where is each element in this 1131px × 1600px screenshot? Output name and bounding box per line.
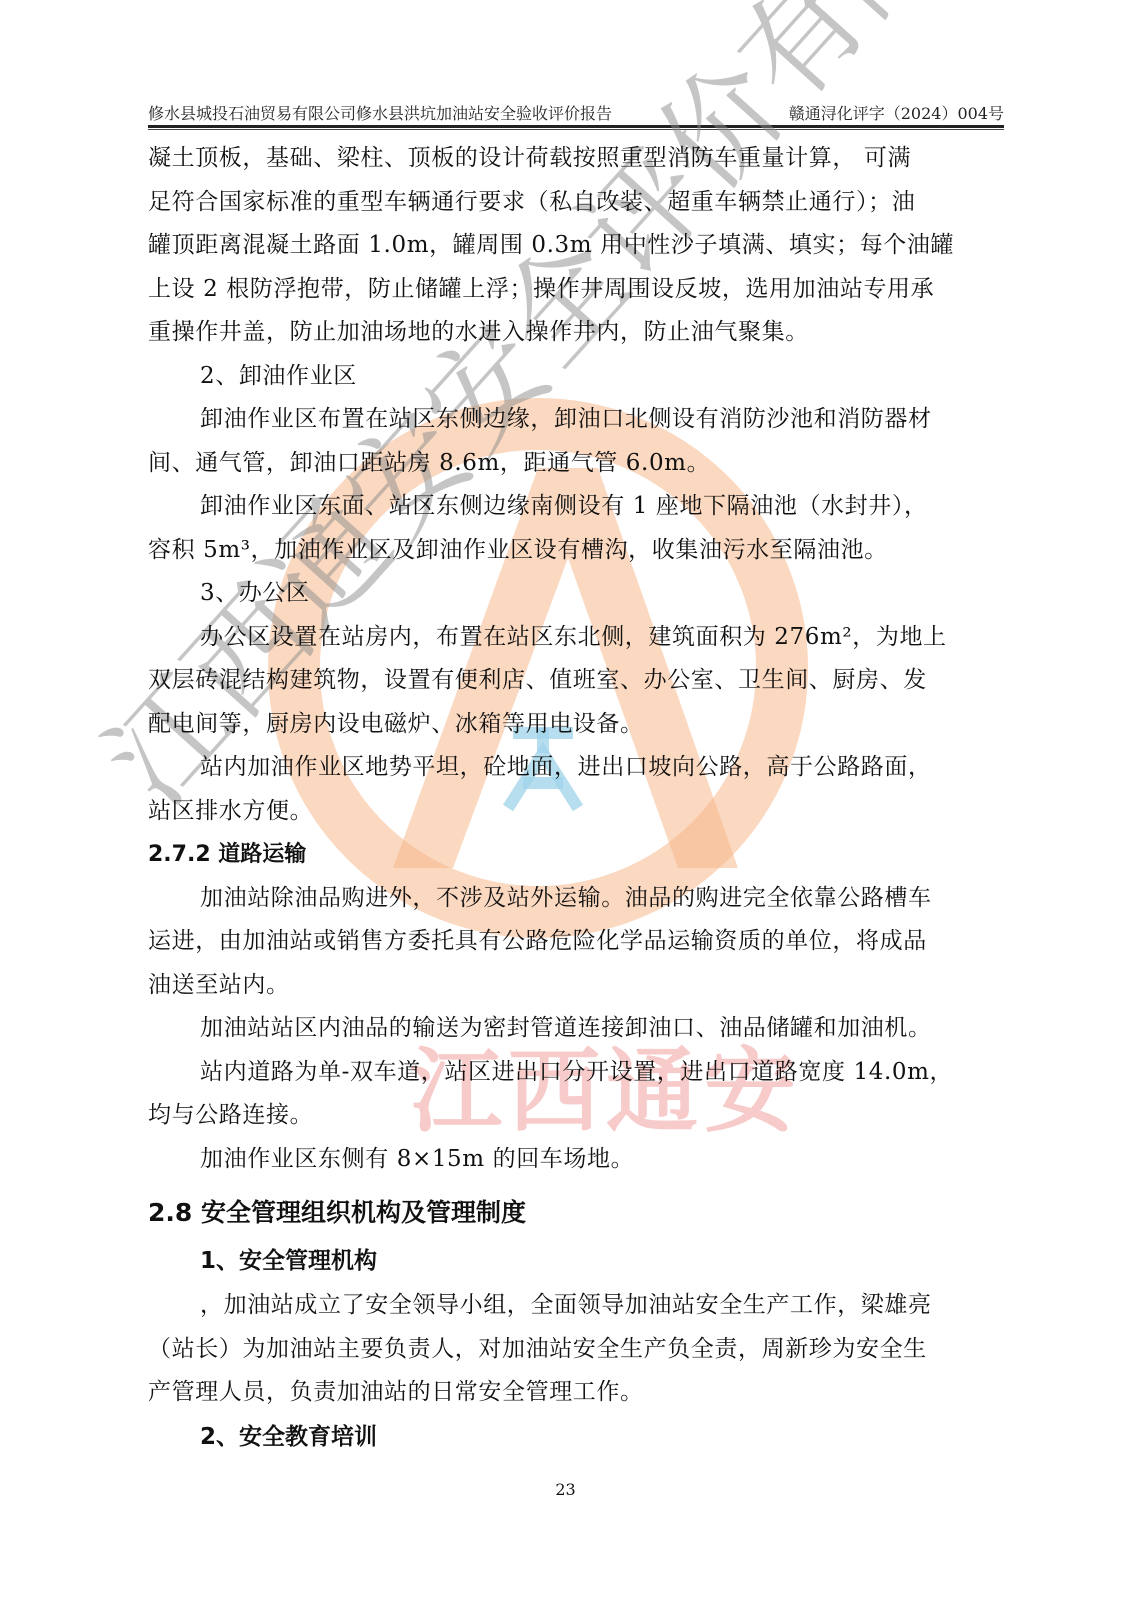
paragraph-line: 加油站站区内油品的输送为密封管道连接卸油口、油品储罐和加油机。 [148,1007,1004,1051]
paragraph-line: 配电间等，厨房内设电磁炉、冰箱等用电设备。 [148,703,1004,747]
paragraph-line: 运进，由加油站或销售方委托具有公路危险化学品运输资质的单位，将成品 [148,920,1004,964]
paragraph-line: ，加油站成立了安全领导小组，全面领导加油站安全生产工作，梁雄亮 [148,1284,1004,1328]
page-number: 23 [0,1480,1131,1499]
paragraph-line: 站区排水方便。 [148,790,1004,834]
paragraph-line: 卸油作业区布置在站区东侧边缘，卸油口北侧设有消防沙池和消防器材 [148,398,1004,442]
header-divider [148,125,1004,128]
subsection-heading-unloading-area: 2、卸油作业区 [148,355,1004,399]
paragraph-line: 上设 2 根防浮抱带，防止储罐上浮；操作井周围设反坡，选用加油站专用承 [148,268,1004,312]
paragraph-line: 产管理人员，负责加油站的日常安全管理工作。 [148,1371,1004,1415]
header-divider-thin [148,129,1004,130]
section-heading-2-8: 2.8 安全管理组织机构及管理制度 [148,1187,1004,1239]
subsection-heading-office-area: 3、办公区 [148,572,1004,616]
section-heading-2-7-2: 2.7.2 道路运输 [148,833,1004,877]
subsection-heading-safety-organization: 1、安全管理机构 [148,1239,1004,1284]
page-header: 修水县城投石油贸易有限公司修水县洪坑加油站安全验收评价报告 赣通浔化评字（202… [148,96,1004,124]
paragraph-line: 均与公路连接。 [148,1094,1004,1138]
paragraph-line: 间、通气管，卸油口距站房 8.6m，距通气管 6.0m。 [148,442,1004,486]
paragraph-line: 站内加油作业区地势平坦，砼地面，进出口坡向公路，高于公路路面， [148,746,1004,790]
paragraph-line: 油送至站内。 [148,964,1004,1008]
paragraph-line: 双层砖混结构建筑物，设置有便利店、值班室、办公室、卫生间、厨房、发 [148,659,1004,703]
paragraph-line: 足符合国家标准的重型车辆通行要求（私自改装、超重车辆禁止通行）；油 [148,181,1004,225]
paragraph-line: （站长）为加油站主要负责人，对加油站安全生产负全责，周新珍为安全生 [148,1328,1004,1372]
paragraph-line: 站内道路为单-双车道，站区进出口分开设置，进出口道路宽度 14.0m， [148,1051,1004,1095]
paragraph-line: 罐顶距离混凝土路面 1.0m，罐周围 0.3m 用中性沙子填满、填实；每个油罐 [148,224,1004,268]
paragraph-line: 凝土顶板，基础、梁柱、顶板的设计荷载按照重型消防车重量计算， 可满 [148,137,1004,181]
document-body: 凝土顶板，基础、梁柱、顶板的设计荷载按照重型消防车重量计算， 可满 足符合国家标… [148,137,1004,1460]
paragraph-line: 卸油作业区东面、站区东侧边缘南侧设有 1 座地下隔油池（水封井）， [148,485,1004,529]
paragraph-line: 加油站除油品购进外，不涉及站外运输。油品的购进完全依靠公路槽车 [148,877,1004,921]
subsection-heading-safety-training: 2、安全教育培训 [148,1415,1004,1460]
paragraph-line: 办公区设置在站房内，布置在站区东北侧，建筑面积为 276m²，为地上 [148,616,1004,660]
paragraph-line: 容积 5m³，加油作业区及卸油作业区设有槽沟，收集油污水至隔油池。 [148,529,1004,573]
paragraph-line: 加油作业区东侧有 8×15m 的回车场地。 [148,1138,1004,1182]
paragraph-line: 重操作井盖，防止加油场地的水进入操作井内，防止油气聚集。 [148,311,1004,355]
header-report-title: 修水县城投石油贸易有限公司修水县洪坑加油站安全验收评价报告 [148,101,612,124]
header-document-number: 赣通浔化评字（2024）004号 [789,101,1004,124]
